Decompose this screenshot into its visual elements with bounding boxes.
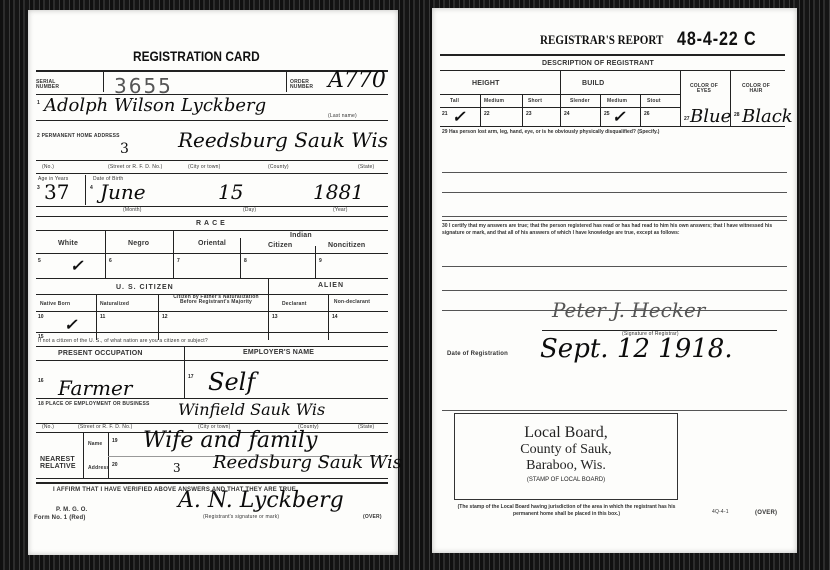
serial-number: 3655 [114,76,173,96]
dob-day: 15 [218,182,243,202]
relative-name: Wife and family [143,430,317,452]
race-white-check: ✓ [70,258,83,274]
dob-year: 1881 [313,182,364,202]
employment-place: Winfield Sauk Wis [178,402,325,418]
date-label: Date of Registration [447,351,508,357]
occupation-value: Farmer [58,378,132,398]
card-title: REGISTRATION CARD [133,49,260,63]
eye-color: Blue [690,108,731,126]
relative-address: Reedsburg Sauk Wis [213,454,402,472]
address-rfd: 3 [120,142,129,156]
employer-value: Self [208,370,255,394]
native-born-check: ✓ [64,317,77,333]
registrant-signature: A. N. Lyckberg [178,490,344,512]
hair-color: Black [742,108,793,126]
registration-card-front: REGISTRATION CARD SERIAL NUMBER 3655 ORD… [28,10,398,555]
local-board-stamp: Local Board, County of Sauk, Baraboo, Wi… [454,413,678,500]
age-value: 37 [44,182,69,202]
dob-month: June [100,182,146,202]
order-label: ORDER NUMBER [290,80,316,90]
build-medium-check: ✓ [612,109,625,125]
address-label: 2 PERMANENT HOME ADDRESS [37,134,120,139]
height-tall-check: ✓ [452,109,465,125]
report-code: 48-4-22 C [677,30,756,49]
order-number: A770 [328,70,386,92]
registrar-signature: Peter J. Hecker [552,300,705,320]
description-heading: DESCRIPTION OF REGISTRANT [542,60,654,67]
report-title: REGISTRAR'S REPORT [540,33,663,46]
registration-date: Sept. 12 1918. [540,336,733,362]
serial-label: SERIAL NUMBER [36,80,60,90]
registrant-name: Adolph Wilson Lyckberg [44,97,266,115]
address-town: Reedsburg Sauk Wis [178,130,388,150]
registrars-report-back: REGISTRAR'S REPORT 48-4-22 C DESCRIPTION… [432,8,797,553]
race-heading: RACE [196,220,228,227]
